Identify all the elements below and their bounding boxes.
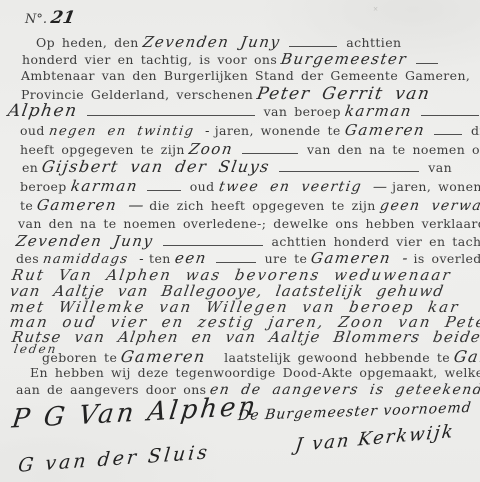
fill-rule [163, 237, 263, 246]
handwritten-text: Gameren [343, 121, 426, 139]
fill-rule [421, 107, 479, 116]
printed-text: van den na te noemen overledene- [307, 142, 480, 157]
document-line: Ambtenaar van den Burgerlijken Stand der… [21, 67, 470, 85]
handwritten-text: Rutse van Alphen en van Aaltje Blommers … [11, 328, 480, 346]
handwritten-text: Zevenden Juny [15, 232, 155, 250]
printed-text: van den na te noemen overledene-; dewelk… [18, 216, 480, 231]
printed-text: beroep [20, 179, 67, 194]
printed-text: Ambtenaar van den Burgerlijken Stand der… [21, 68, 470, 83]
document-line: te Gameren — die zich heeft opgegeven te… [20, 196, 480, 215]
handwritten-text: Zoon [187, 140, 234, 158]
fill-rule [279, 163, 419, 172]
printed-text: laatstelijk gewoond hebbende te [224, 350, 450, 365]
printed-text: oud [20, 123, 45, 138]
act-number-value: 21 [49, 8, 76, 28]
handwritten-text: negen en twintig - [48, 124, 212, 139]
official-title-handwritten: De Burgemeester voornoemd [237, 400, 472, 424]
handwritten-text: geen verwant [378, 198, 480, 214]
handwritten-text: karman [343, 102, 413, 120]
act-number: N°.21 [25, 8, 75, 28]
document-line: oud negen en twintig - jaren, wonende te… [20, 121, 480, 140]
printed-text: achttien [346, 35, 401, 50]
handwritten-text: Gameren — [36, 196, 147, 214]
death-certificate-scan: N°.21 × Op heden, den Zevenden Juny acht… [0, 0, 480, 482]
document-line: En hebben wij deze tegenwoordige Dood-Ak… [30, 364, 480, 382]
printed-text: van beroep [264, 104, 341, 119]
handwritten-text: twee en veertig — [217, 179, 389, 195]
fill-rule [147, 182, 181, 191]
fill-rule [416, 55, 438, 64]
pencil-mark: × [373, 4, 378, 14]
printed-text: oud [190, 179, 215, 194]
printed-text: van [428, 160, 452, 175]
printed-text: Op heden, den [36, 35, 139, 50]
printed-text: jaren, wonende [392, 179, 480, 194]
document-line: en Gijsbert van der Sluys van [22, 157, 452, 177]
handwritten-text: Gameren - [310, 249, 411, 267]
printed-text: jaren, wonende te [215, 123, 341, 138]
document-line: Rutse van Alphen en van Aaltje Blommers … [12, 328, 480, 347]
fill-rule [242, 145, 298, 154]
printed-text: Provincie Gelderland, verschenen [21, 87, 253, 102]
signature-declarant-2: G van der Sluis [17, 441, 211, 477]
printed-text: geboren te [42, 350, 117, 365]
printed-text: te [20, 198, 33, 213]
document-line: beroep karman oud twee en veertig — jare… [20, 177, 480, 196]
handwritten-text: Zevenden Juny [141, 33, 281, 51]
handwritten-text: Gijsbert van der Sluys [41, 157, 272, 176]
act-number-label: N°. [25, 12, 47, 27]
printed-text: honderd vier en tachtig, is voor ons [22, 52, 277, 67]
fill-rule [216, 254, 256, 263]
handwritten-text: Burgemeester [280, 50, 409, 68]
printed-text: is overleden [413, 251, 480, 266]
printed-text: ten [149, 251, 171, 266]
fill-rule [289, 38, 337, 47]
handwritten-text: Alphen [6, 101, 79, 121]
printed-text: die zich heeft opgegeven te zijn [149, 198, 375, 213]
printed-text: En hebben wij deze tegenwoordige Dood-Ak… [30, 365, 480, 380]
printed-text: en [22, 160, 38, 175]
printed-text: des [16, 251, 39, 266]
fill-rule [87, 107, 255, 116]
handwritten-text: een [173, 249, 208, 267]
fill-rule [434, 126, 462, 135]
handwritten-text: karman [69, 177, 139, 195]
printed-text: heeft opgegeven te zijn [20, 142, 185, 157]
printed-text: ure te [265, 251, 308, 266]
signature-burgemeester: J van Kerkwijk [294, 421, 456, 456]
document-line: van den na te noemen overledene-; dewelk… [18, 215, 480, 233]
printed-text: die zich [471, 123, 480, 138]
handwritten-text: namiddags - [42, 252, 146, 267]
document-line: Alphen van beroep karman [8, 101, 480, 121]
printed-text: achttien honderd vier en tachtig [272, 234, 480, 249]
